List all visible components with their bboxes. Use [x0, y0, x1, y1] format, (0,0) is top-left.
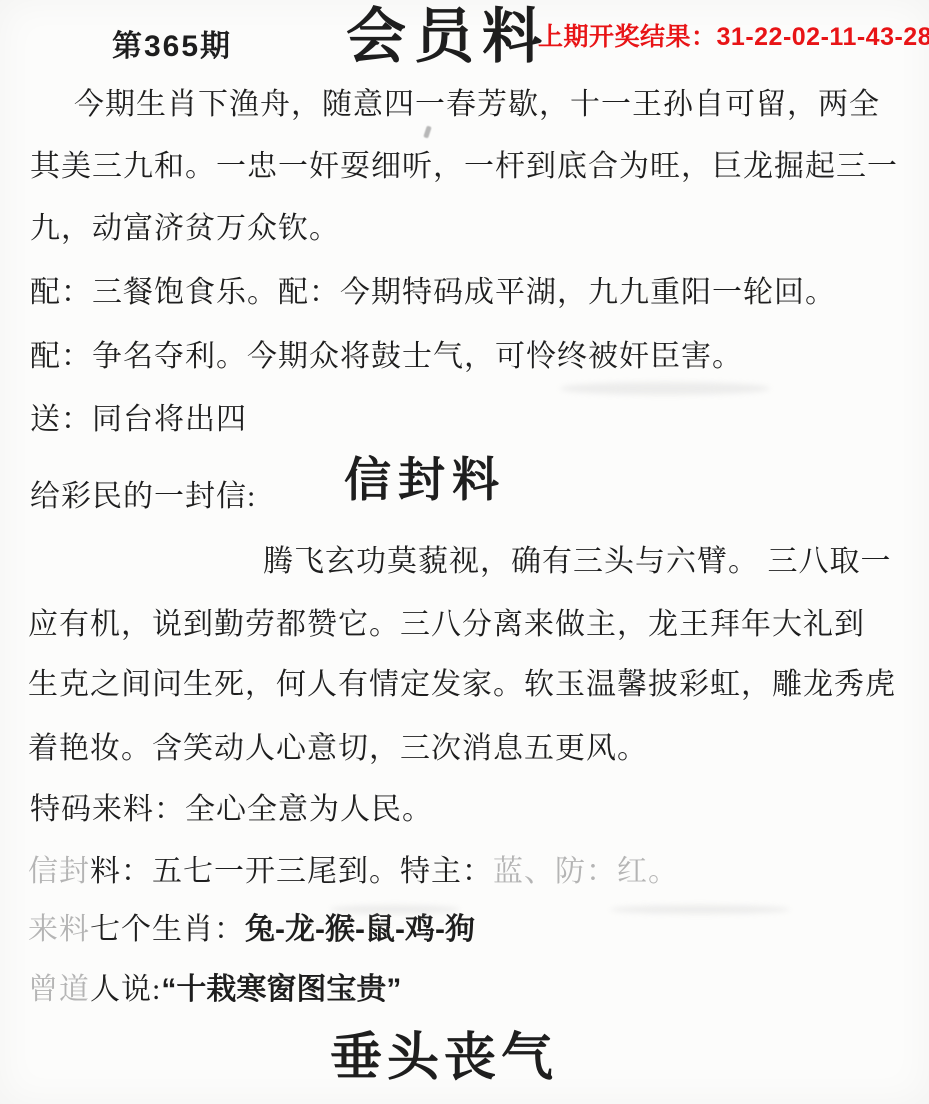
scan-smudge [610, 905, 790, 914]
envelope-poem-line-2: 应有机，说到勤劳都赞它。三八分离来做主，龙王拜年大礼到 [28, 608, 865, 641]
last-draw-numbers: 31-22-02-11-43-28+12 [717, 23, 929, 51]
envelope-tip-label: 料： [90, 855, 152, 888]
scan-smudge [560, 382, 770, 395]
envelope-section-title: 信封料 [344, 456, 506, 508]
scan-smudge [330, 905, 460, 914]
quote-tip-value: “十栽寒窗图宝贵” [161, 973, 401, 1006]
quote-tip-line: 曾道人说:“十栽寒窗图宝贵” [28, 973, 401, 1006]
quote-tip-prefix: 曾道 [28, 973, 90, 1006]
member-poem-line-2: 其美三九和。一忠一奸耍细听，一杆到底合为旺，巨龙掘起三一 [30, 150, 898, 183]
page-title: 会员料 [346, 4, 550, 70]
envelope-poem-line-4: 着艳妆。含笑动人心意切，三次消息五更风。 [28, 732, 648, 765]
envelope-poem-line-1: 腾飞玄功莫藐视，确有三头与六臂。 三八取一 [263, 545, 892, 578]
scan-artifact-mark [423, 126, 431, 139]
envelope-intro-label: 给彩民的一封信: [30, 480, 256, 513]
quote-tip-label: 人说: [90, 973, 161, 1006]
last-draw-label: 上期开奖结果： [538, 23, 717, 51]
pei-tip-line-1: 配：三餐饱食乐。配：今期特码成平湖，九九重阳一轮回。 [30, 276, 836, 309]
te-zhu-label: 特主： [400, 855, 493, 888]
special-code-tip: 特码来料：全心全意为人民。 [30, 793, 433, 826]
envelope-tip-value: 五七一开三尾到。 [152, 855, 400, 888]
envelope-tip-line: 信封料：五七一开三尾到。特主：蓝、防：红。 [28, 855, 679, 888]
tip-sheet-page: 第365期 会员料 上期开奖结果：31-22-02-11-43-28+12 今期… [0, 0, 929, 1104]
zodiac-tip-value: 兔-龙-猴-鼠-鸡-狗 [245, 913, 475, 946]
zodiac-tip-prefix: 来料 [28, 913, 90, 946]
zodiac-tip-line: 来料七个生肖：兔-龙-猴-鼠-鸡-狗 [28, 913, 475, 946]
last-draw-result: 上期开奖结果：31-22-02-11-43-28+12 [538, 24, 929, 52]
closing-title: 垂头丧气 [330, 1030, 558, 1087]
song-tip-line: 送：同台将出四 [30, 403, 247, 436]
envelope-poem-line-3: 生克之间问生死，何人有情定发家。软玉温馨披彩虹，雕龙秀虎 [28, 668, 896, 701]
zodiac-tip-label: 七个生肖： [90, 913, 245, 946]
pei-tip-line-2: 配：争名夺利。今期众将鼓士气，可怜终被奸臣害。 [30, 340, 743, 373]
issue-number: 第365期 [112, 30, 232, 63]
member-poem-line-1: 今期生肖下渔舟，随意四一春芳歇，十一王孙自可留，两全 [74, 88, 880, 121]
te-zhu-value: 蓝、防：红。 [493, 855, 679, 888]
envelope-tip-prefix: 信封 [28, 855, 90, 888]
member-poem-line-3: 九，动富济贫万众钦。 [30, 212, 340, 245]
